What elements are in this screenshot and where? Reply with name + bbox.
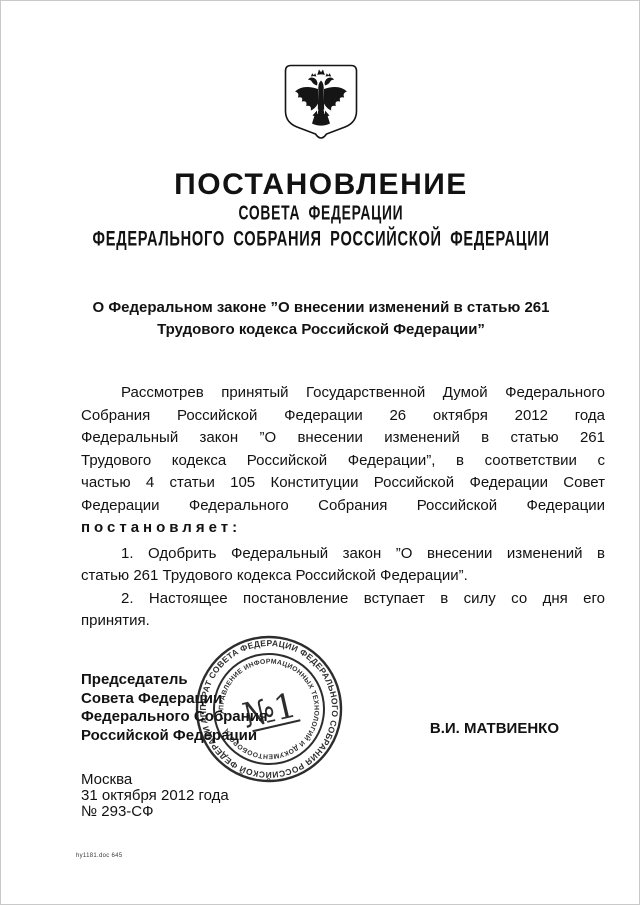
resolves-word: постановляет: (81, 517, 605, 540)
org-name-line2: ФЕДЕРАЛЬНОГО СОБРАНИЯ РОССИЙСКОЙ ФЕДЕРАЦ… (1, 228, 640, 251)
resolution-items: 1. Одобрить Федеральный закон ”О внесени… (81, 543, 605, 633)
document-page: ПОСТАНОВЛЕНИЕ СОВЕТА ФЕДЕРАЦИИ ФЕДЕРАЛЬН… (0, 0, 640, 905)
stamp-number: №1 (239, 685, 300, 736)
document-title-line1: О Федеральном законе ”О внесении изменен… (1, 297, 640, 319)
org-name-line1: СОВЕТА ФЕДЕРАЦИИ (1, 203, 640, 225)
issuance-city: Москва (81, 772, 229, 788)
preamble-line: Рассмотрев принятый Государственной Думо… (81, 382, 605, 405)
file-reference-note: hy1181.doc 645 (76, 853, 122, 859)
issuance-block: Москва 31 октября 2012 года № 293-СФ (81, 772, 229, 819)
document-title: О Федеральном законе ”О внесении изменен… (1, 297, 640, 341)
item-1-line: 1. Одобрить Федеральный закон ”О внесени… (81, 543, 605, 566)
preamble-line: Федеральный закон ”О внесении изменений … (81, 427, 605, 450)
signatory-name: В.И. МАТВИЕНКО (430, 720, 559, 737)
preamble-line: Собрания Российской Федерации 26 октября… (81, 405, 605, 428)
item-2-line: принятия. (81, 610, 605, 633)
document-body: Рассмотрев принятый Государственной Думо… (81, 382, 605, 633)
item-2-line: 2. Настоящее постановление вступает в си… (81, 588, 605, 611)
issuance-number: № 293-СФ (81, 804, 229, 820)
document-title-line2: Трудового кодекса Российской Федерации” (1, 319, 640, 341)
item-1-line: статью 261 Трудового кодекса Российской … (81, 565, 605, 588)
issuance-date: 31 октября 2012 года (81, 788, 229, 804)
preamble-line: Федерации Федерального Собрания Российск… (81, 495, 605, 518)
coat-of-arms-icon (284, 64, 358, 143)
doc-type-heading: ПОСТАНОВЛЕНИЕ (1, 168, 640, 202)
preamble-line: частью 4 статьи 105 Конституции Российск… (81, 472, 605, 495)
preamble: Рассмотрев принятый Государственной Думо… (81, 382, 605, 540)
preamble-line: Трудового кодекса Российской Федерации”,… (81, 450, 605, 473)
